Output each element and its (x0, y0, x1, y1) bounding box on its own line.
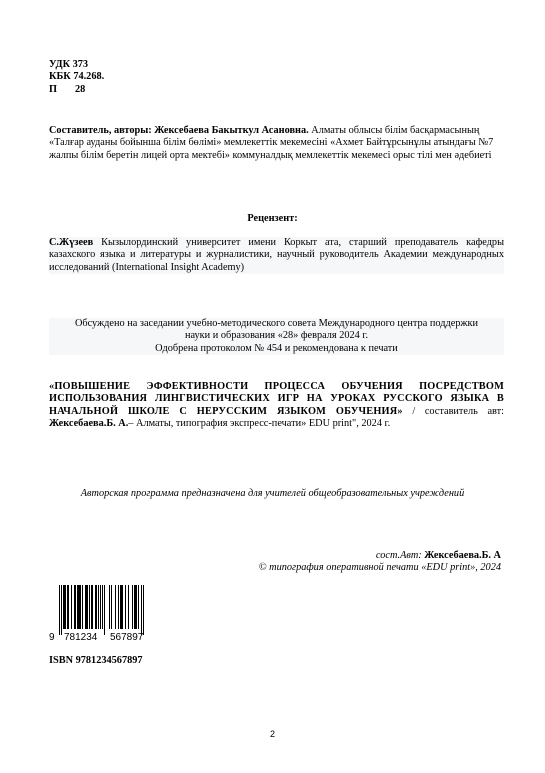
isbn-number: ISBN 9781234567897 (49, 655, 143, 667)
classification-codes: УДК 373 КБК 74.268. П 28 (49, 59, 104, 96)
udk-code: УДК 373 (49, 59, 104, 71)
kbk-code: КБК 74.268. (49, 71, 104, 83)
bibliographic-title: «ПОВЫШЕНИЕ ЭФФЕКТИВНОСТИ ПРОЦЕССА ОБУЧЕН… (49, 381, 504, 430)
title-suffix: / составитель авт: (403, 406, 504, 417)
reviewer-heading: Рецензент: (0, 213, 545, 225)
author-mark: П 28 (49, 84, 104, 96)
approval-info: Обсуждено на заседании учебно-методическ… (49, 318, 504, 355)
page-number: 2 (0, 729, 545, 739)
compiler-label: Составитель, авторы: Жексебаева Бакыткул… (49, 125, 309, 136)
purpose-statement: Авторская программа предназначена для уч… (0, 488, 545, 500)
title-publisher: – Алматы, типография экспресс-печати» ED… (128, 418, 390, 429)
compiler-info: Составитель, авторы: Жексебаева Бакыткул… (49, 125, 504, 162)
reviewer-info: С.Жүзеев Кызылординский университет имен… (49, 237, 504, 274)
credits: сост.Авт: Жексебаева.Б. А © типография о… (259, 550, 501, 575)
credits-author-label: сост.Авт: (376, 550, 422, 561)
reviewer-name: С.Жүзеев (49, 237, 93, 248)
title-author: Жексебаева.Б. А. (49, 418, 128, 429)
svg-text:9: 9 (49, 632, 55, 643)
approval-line-2: науки и образования «28» февраля 2024 г. (49, 330, 504, 342)
credits-author-name: Жексебаева.Б. А (422, 550, 501, 561)
approval-line-3: Одобрена протоколом № 454 и рекомендован… (49, 343, 504, 355)
svg-text:567897: 567897 (110, 632, 144, 643)
isbn-barcode: 9781234567897 (49, 585, 159, 643)
reviewer-text: Кызылординский университет имени Коркыт … (49, 237, 504, 273)
svg-text:781234: 781234 (64, 632, 98, 643)
approval-line-1: Обсуждено на заседании учебно-методическ… (49, 318, 504, 330)
copyright-line: © типография оперативной печати «EDU pri… (259, 562, 501, 574)
barcode-graphic: 9781234567897 (49, 585, 159, 643)
